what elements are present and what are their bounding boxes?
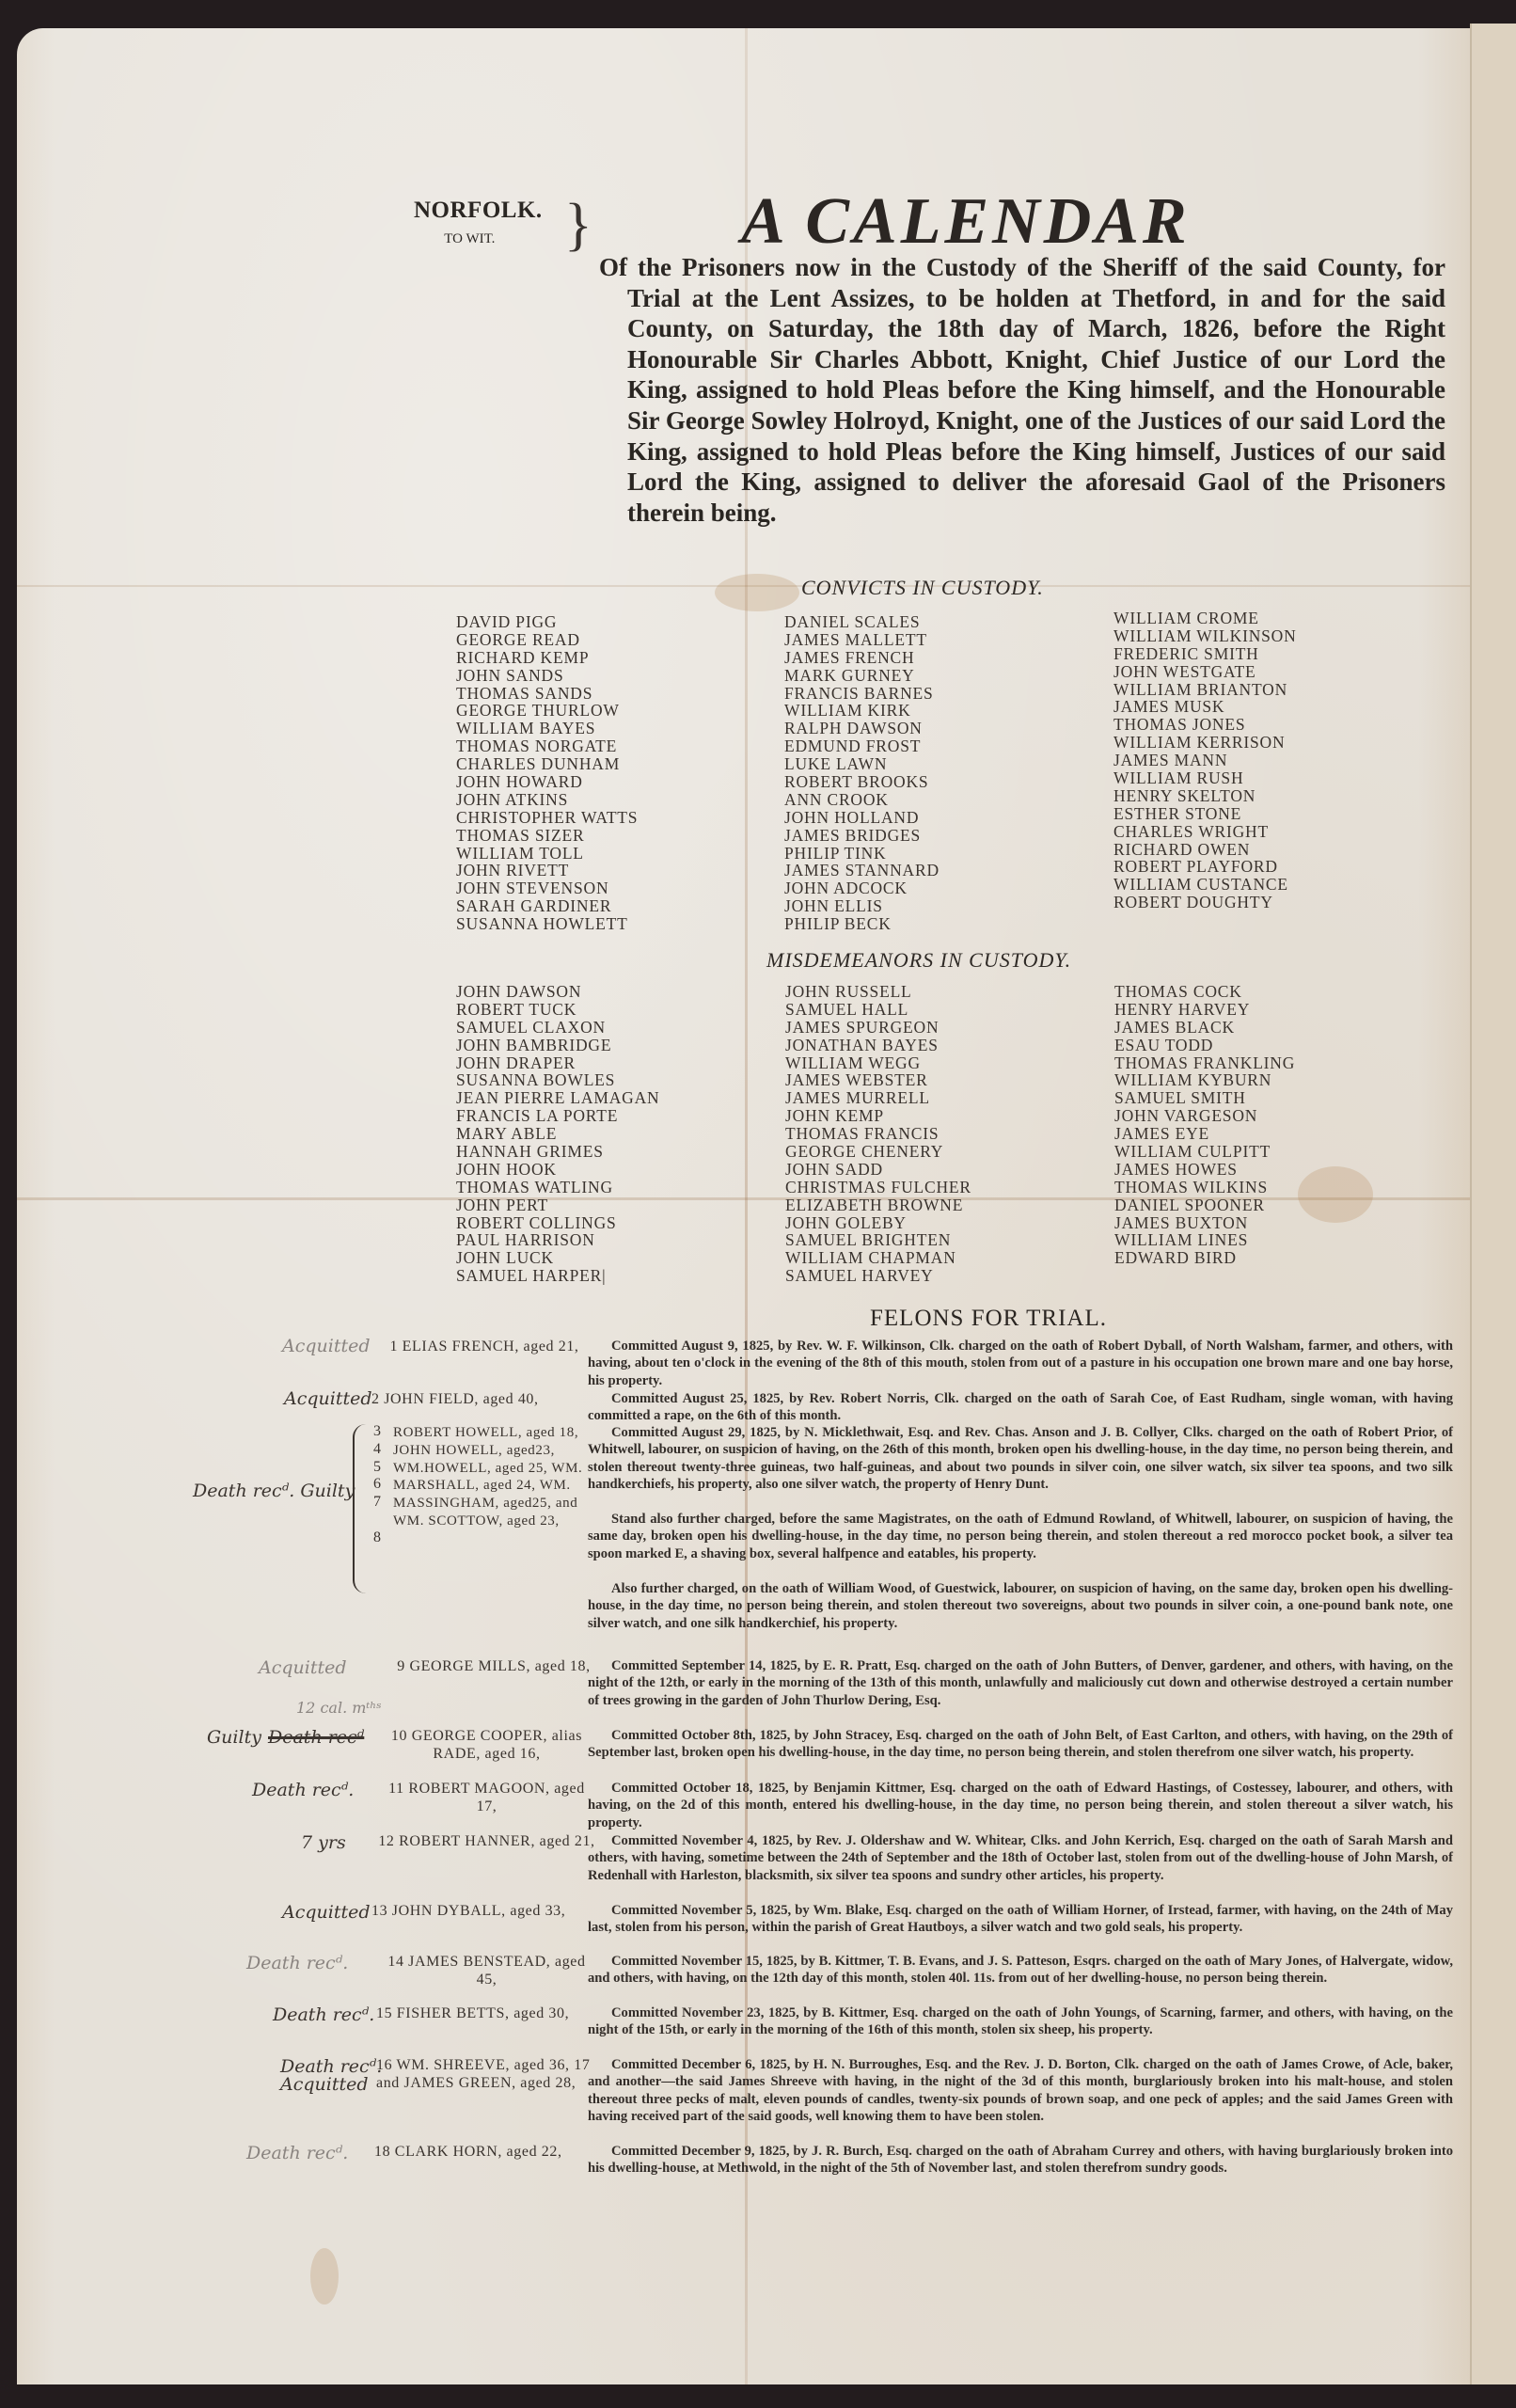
prisoner-name: JAMES BRIDGES bbox=[784, 827, 940, 845]
prisoner-name: SAMUEL HARVEY bbox=[785, 1267, 971, 1285]
prisoner-name: SAMUEL SMITH bbox=[1114, 1089, 1295, 1107]
prisoner-name: JAMES MALLETT bbox=[784, 631, 940, 649]
prisoner-name: WILLIAM CROME bbox=[1113, 610, 1297, 627]
handwritten-note-2: Acquitted bbox=[280, 2074, 369, 2095]
felon-name: 13 JOHN DYBALL, aged 33, bbox=[371, 1902, 602, 1920]
convicts-column-1: DAVID PIGGGEORGE READRICHARD KEMPJOHN SA… bbox=[456, 613, 638, 933]
prisoner-name: THOMAS FRANKLING bbox=[1114, 1054, 1295, 1072]
handwritten-note: Guilty bbox=[207, 1727, 261, 1748]
prisoner-name: WILLIAM KERRISON bbox=[1113, 734, 1297, 752]
prisoner-name: WILLIAM TOLL bbox=[456, 845, 638, 863]
handwritten-note: Acquitted bbox=[282, 1902, 371, 1923]
misdemeanors-column-2: JOHN RUSSELLSAMUEL HALLJAMES SPURGEONJON… bbox=[785, 983, 971, 1285]
prisoner-name: JOHN STEVENSON bbox=[456, 879, 638, 897]
prisoner-name: MARY ABLE bbox=[456, 1125, 659, 1143]
prisoner-name: WILLIAM KIRK bbox=[784, 702, 940, 720]
prisoner-name: JOHN HOWARD bbox=[456, 773, 638, 791]
adjacent-page-edge bbox=[1470, 24, 1516, 2384]
prisoner-name: GEORGE CHENERY bbox=[785, 1143, 971, 1161]
prisoner-name: JOHN SANDS bbox=[456, 667, 638, 685]
prisoner-name: ESAU TODD bbox=[1114, 1037, 1295, 1054]
stain bbox=[715, 574, 799, 611]
prisoner-name: SUSANNA HOWLETT bbox=[456, 915, 638, 933]
handwritten-note: Acquitted bbox=[284, 1388, 372, 1409]
prisoner-name: WILLIAM CULPITT bbox=[1114, 1143, 1295, 1161]
handwritten-note: Death recᵈ. Guilty bbox=[193, 1481, 355, 1501]
prisoner-name: GEORGE READ bbox=[456, 631, 638, 649]
felon-charge: Committed August 25, 1825, by Rev. Rober… bbox=[588, 1390, 1453, 1425]
prisoner-name: WILLIAM KYBURN bbox=[1114, 1071, 1295, 1089]
prisoner-name: MARK GURNEY bbox=[784, 667, 940, 685]
prisoner-number bbox=[373, 1511, 381, 1529]
prisoner-name: JAMES HOWES bbox=[1114, 1161, 1295, 1179]
prisoner-name: SUSANNA BOWLES bbox=[456, 1071, 659, 1089]
prisoner-name: ROBERT BROOKS bbox=[784, 773, 940, 791]
prisoner-name: THOMAS SIZER bbox=[456, 827, 638, 845]
felon-name: 9 GEORGE MILLS, aged 18, bbox=[395, 1657, 592, 1675]
prisoner-name: ELIZABETH BROWNE bbox=[785, 1196, 971, 1214]
convicts-column-2: DANIEL SCALESJAMES MALLETTJAMES FRENCHMA… bbox=[784, 613, 940, 933]
prisoner-name: JOHN HOOK bbox=[456, 1161, 659, 1179]
prisoner-name: PHILIP BECK bbox=[784, 915, 940, 933]
misdemeanors-heading: MISDEMEANORS IN CUSTODY. bbox=[766, 948, 1071, 973]
felon-names: ROBERT HOWELL, aged 18, JOHN HOWELL, age… bbox=[393, 1424, 588, 1530]
felon-name: 10 GEORGE COOPER, alias RADE, aged 16, bbox=[376, 1727, 597, 1763]
prisoner-name: CHARLES DUNHAM bbox=[456, 755, 638, 773]
prisoner-name: JOHN PERT bbox=[456, 1196, 659, 1214]
prisoner-name: FREDERIC SMITH bbox=[1113, 645, 1297, 663]
prisoner-name: PHILIP TINK bbox=[784, 845, 940, 863]
brace: } bbox=[564, 196, 592, 254]
prisoner-name: JOHN HOLLAND bbox=[784, 809, 940, 827]
prisoner-name: ROBERT COLLINGS bbox=[456, 1214, 659, 1232]
felon-charge: Committed August 29, 1825, by N. Micklet… bbox=[588, 1424, 1453, 1494]
to-wit: TO WIT. bbox=[397, 231, 543, 247]
felon-name: 14 JAMES BENSTEAD, aged 45, bbox=[376, 1953, 597, 1988]
handwritten-note: Death recᵈ. bbox=[252, 1780, 354, 1800]
prisoner-name: SAMUEL HALL bbox=[785, 1001, 971, 1019]
prisoner-name: JOHN DRAPER bbox=[456, 1054, 659, 1072]
handwritten-note-above: 12 cal. mᵗʰˢ bbox=[296, 1699, 382, 1717]
felon-charge: Committed November 23, 1825, by B. Kittm… bbox=[588, 2004, 1453, 2039]
felon-charge: Committed September 14, 1825, by E. R. P… bbox=[588, 1657, 1453, 1709]
prisoner-name: RALPH DAWSON bbox=[784, 720, 940, 737]
group-numbers: 345678 bbox=[373, 1422, 381, 1546]
felon-charge: Committed November 5, 1825, by Wm. Blake… bbox=[588, 1902, 1453, 1937]
prisoner-name: JAMES EYE bbox=[1114, 1125, 1295, 1143]
prisoner-name: JOHN BAMBRIDGE bbox=[456, 1037, 659, 1054]
prisoner-name: RICHARD KEMP bbox=[456, 649, 638, 667]
prisoner-number: 5 bbox=[373, 1458, 381, 1476]
prisoner-name: CHRISTMAS FULCHER bbox=[785, 1179, 971, 1196]
prisoner-name: WILLIAM WILKINSON bbox=[1113, 627, 1297, 645]
prisoner-name: JAMES FRENCH bbox=[784, 649, 940, 667]
prisoner-number: 4 bbox=[373, 1440, 381, 1458]
intro-text: Of the Prisoners now in the Custody of t… bbox=[599, 252, 1445, 528]
prisoner-name: JOHN ELLIS bbox=[784, 897, 940, 915]
prisoner-name: DAVID PIGG bbox=[456, 613, 638, 631]
prisoner-name: JOHN WESTGATE bbox=[1113, 663, 1297, 681]
document-title: A CALENDAR bbox=[741, 184, 1191, 260]
felon-name: 12 ROBERT HANNER, aged 21, bbox=[376, 1832, 597, 1850]
prisoner-name: JOHN RIVETT bbox=[456, 862, 638, 879]
prisoner-name: RICHARD OWEN bbox=[1113, 841, 1297, 859]
prisoner-name: CHARLES WRIGHT bbox=[1113, 823, 1297, 841]
prisoner-name: JAMES STANNARD bbox=[784, 862, 940, 879]
prisoner-name: JAMES BLACK bbox=[1114, 1019, 1295, 1037]
prisoner-name: JOHN ATKINS bbox=[456, 791, 638, 809]
prisoner-name: JEAN PIERRE LAMAGAN bbox=[456, 1089, 659, 1107]
handwritten-note: Death recᵈ. bbox=[246, 2143, 348, 2163]
misdemeanors-column-3: THOMAS COCKHENRY HARVEYJAMES BLACKESAU T… bbox=[1114, 983, 1295, 1267]
prisoner-name: JOHN DAWSON bbox=[456, 983, 659, 1001]
prisoner-name: ANN CROOK bbox=[784, 791, 940, 809]
prisoner-name: FRANCIS BARNES bbox=[784, 685, 940, 703]
prisoner-name: FRANCIS LA PORTE bbox=[456, 1107, 659, 1125]
intro-paragraph: Of the Prisoners now in the Custody of t… bbox=[599, 252, 1445, 528]
prisoner-name: DANIEL SCALES bbox=[784, 613, 940, 631]
prisoner-name: JOHN RUSSELL bbox=[785, 983, 971, 1001]
prisoner-number: 8 bbox=[373, 1529, 381, 1546]
handwritten-note: Death recᵈ. bbox=[246, 1953, 348, 1973]
felon-charge: Committed November 15, 1825, by B. Kittm… bbox=[588, 1953, 1453, 1988]
stain bbox=[310, 2248, 339, 2305]
felons-heading: FELONS FOR TRIAL. bbox=[870, 1306, 1107, 1332]
handwritten-note: Acquitted bbox=[282, 1336, 371, 1356]
prisoner-name: SAMUEL HARPER| bbox=[456, 1267, 659, 1285]
prisoner-name: EDMUND FROST bbox=[784, 737, 940, 755]
prisoner-name: WILLIAM RUSH bbox=[1113, 769, 1297, 787]
felon-name: 16 WM. SHREEVE, aged 36, 17 and JAMES GR… bbox=[376, 2056, 597, 2092]
prisoner-number: 6 bbox=[373, 1475, 381, 1493]
prisoner-name: THOMAS COCK bbox=[1114, 983, 1295, 1001]
prisoner-name: THOMAS WILKINS bbox=[1114, 1179, 1295, 1196]
prisoner-name: JAMES MUSK bbox=[1113, 698, 1297, 716]
felon-name: 11 ROBERT MAGOON, aged 17, bbox=[376, 1780, 597, 1815]
prisoner-name: HENRY SKELTON bbox=[1113, 787, 1297, 805]
handwritten-note-struck: Death recᵈ bbox=[268, 1727, 364, 1748]
county-label: NORFOLK. TO WIT. bbox=[414, 198, 543, 247]
handwritten-note: Acquitted bbox=[259, 1657, 347, 1678]
group-brace bbox=[353, 1424, 368, 1593]
prisoner-name: JAMES MANN bbox=[1113, 752, 1297, 769]
prisoner-name: THOMAS WATLING bbox=[456, 1179, 659, 1196]
felon-charge: Committed November 4, 1825, by Rev. J. O… bbox=[588, 1832, 1453, 1884]
prisoner-name: LUKE LAWN bbox=[784, 755, 940, 773]
prisoner-number: 7 bbox=[373, 1493, 381, 1511]
prisoner-name: JONATHAN BAYES bbox=[785, 1037, 971, 1054]
prisoner-name: JOHN VARGESON bbox=[1114, 1107, 1295, 1125]
felon-charge: Committed August 9, 1825, by Rev. W. F. … bbox=[588, 1338, 1453, 1389]
prisoner-name: SAMUEL BRIGHTEN bbox=[785, 1231, 971, 1249]
stain bbox=[1298, 1166, 1373, 1223]
prisoner-name: WILLIAM WEGG bbox=[785, 1054, 971, 1072]
convicts-column-3: WILLIAM CROMEWILLIAM WILKINSONFREDERIC S… bbox=[1113, 610, 1297, 911]
handwritten-note: 7 yrs bbox=[301, 1832, 346, 1853]
prisoner-name: THOMAS NORGATE bbox=[456, 737, 638, 755]
prisoner-name: ESTHER STONE bbox=[1113, 805, 1297, 823]
prisoner-name: SARAH GARDINER bbox=[456, 897, 638, 915]
prisoner-name: JAMES SPURGEON bbox=[785, 1019, 971, 1037]
prisoner-name: THOMAS FRANCIS bbox=[785, 1125, 971, 1143]
prisoner-name: GEORGE THURLOW bbox=[456, 702, 638, 720]
prisoner-name: HANNAH GRIMES bbox=[456, 1143, 659, 1161]
prisoner-name: WILLIAM BAYES bbox=[456, 720, 638, 737]
prisoner-name: WILLIAM BRIANTON bbox=[1113, 681, 1297, 699]
felon-name: 2 JOHN FIELD, aged 40, bbox=[371, 1390, 597, 1408]
felon-charge: Committed December 6, 1825, by H. N. Bur… bbox=[588, 2056, 1453, 2126]
prisoner-name: JOHN SADD bbox=[785, 1161, 971, 1179]
prisoner-name: HENRY HARVEY bbox=[1114, 1001, 1295, 1019]
prisoner-name: SAMUEL CLAXON bbox=[456, 1019, 659, 1037]
felon-charge: Committed October 18, 1825, by Benjamin … bbox=[588, 1780, 1453, 1831]
felon-name: 1 ELIAS FRENCH, aged 21, bbox=[376, 1338, 592, 1355]
prisoner-name: PAUL HARRISON bbox=[456, 1231, 659, 1249]
felon-charge: Committed October 8th, 1825, by John Str… bbox=[588, 1727, 1453, 1762]
prisoner-name: JOHN KEMP bbox=[785, 1107, 971, 1125]
prisoner-name: WILLIAM CUSTANCE bbox=[1113, 876, 1297, 894]
prisoner-name: THOMAS SANDS bbox=[456, 685, 638, 703]
felon-name: 15 FISHER BETTS, aged 30, bbox=[376, 2004, 602, 2022]
prisoner-name: ROBERT DOUGHTY bbox=[1113, 894, 1297, 911]
prisoner-name: THOMAS JONES bbox=[1113, 716, 1297, 734]
prisoner-name: ROBERT PLAYFORD bbox=[1113, 858, 1297, 876]
prisoner-name: WILLIAM LINES bbox=[1114, 1231, 1295, 1249]
prisoner-name: JAMES BUXTON bbox=[1114, 1214, 1295, 1232]
prisoner-name: JAMES WEBSTER bbox=[785, 1071, 971, 1089]
prisoner-name: JAMES MURRELL bbox=[785, 1089, 971, 1107]
prisoner-name: DANIEL SPOONER bbox=[1114, 1196, 1295, 1214]
prisoner-name: JOHN LUCK bbox=[456, 1249, 659, 1267]
prisoner-name: CHRISTOPHER WATTS bbox=[456, 809, 638, 827]
prisoner-name: JOHN ADCOCK bbox=[784, 879, 940, 897]
felon-name: 18 CLARK HORN, aged 22, bbox=[374, 2143, 600, 2161]
misdemeanors-column-1: JOHN DAWSONROBERT TUCKSAMUEL CLAXONJOHN … bbox=[456, 983, 659, 1285]
handwritten-note: Death recᵈ. bbox=[273, 2004, 374, 2025]
prisoner-name: EDWARD BIRD bbox=[1114, 1249, 1295, 1267]
prisoner-name: ROBERT TUCK bbox=[456, 1001, 659, 1019]
county-name: NORFOLK. bbox=[414, 198, 543, 224]
prisoner-name: WILLIAM CHAPMAN bbox=[785, 1249, 971, 1267]
convicts-heading: CONVICTS IN CUSTODY. bbox=[801, 576, 1044, 600]
felon-charge-further: Stand also further charged, before the s… bbox=[588, 1511, 1453, 1562]
prisoner-name: JOHN GOLEBY bbox=[785, 1214, 971, 1232]
felon-charge: Committed December 9, 1825, by J. R. Bur… bbox=[588, 2143, 1453, 2178]
prisoner-number: 3 bbox=[373, 1422, 381, 1440]
felon-charge-also: Also further charged, on the oath of Wil… bbox=[588, 1580, 1453, 1632]
